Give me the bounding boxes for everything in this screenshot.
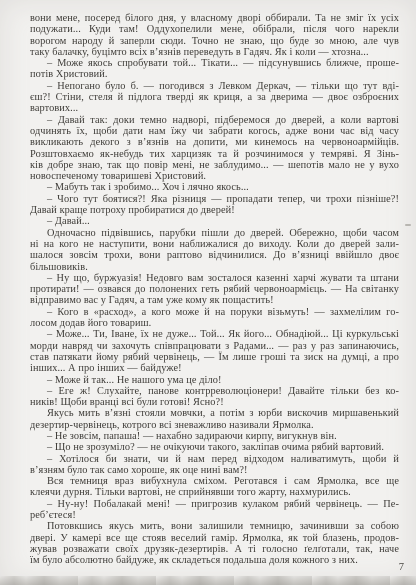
- text-line: їм було абсолютно байдуже, як складеться…: [30, 555, 399, 566]
- paragraph: – Еге ж! Слухайте, панове контрреволюціо…: [30, 386, 399, 409]
- text-line: клеячи дурня. Тільки вартові, не сприйня…: [30, 487, 399, 498]
- paragraph: – Ну що, буржуазія! Недовго вам зосталос…: [30, 273, 399, 307]
- text-line: ні на кого не наступити, вони наближалис…: [30, 239, 399, 250]
- text-line: інших... А про інших — байдуже!: [30, 363, 399, 374]
- text-line: єш?! Стіни, стеля й підлога тверді як кр…: [30, 92, 399, 103]
- text-line: реб’єтеся!: [30, 510, 399, 521]
- paragraph: вони мене, посеред білого дня, у власном…: [30, 13, 399, 58]
- paragraph: – Хотілося би знати, чи й нам перед відх…: [30, 454, 399, 477]
- book-page: вони мене, посеред білого дня, у власном…: [0, 0, 416, 585]
- paragraph: – Що не зрозуміло? — не очікуючи такого,…: [30, 442, 399, 453]
- text-line: подужати... Куди там! Оддухопелили мене,…: [30, 24, 399, 35]
- text-line: – Чого тут боятися?! Яка різниця — пропа…: [30, 194, 399, 205]
- text-line: одчинять їх, щоби дати нам їжу чи забрат…: [30, 126, 399, 137]
- text-line: жував розважати своїх друзяк-дезертирів.…: [30, 544, 399, 555]
- text-line: відправимо вас у Гадяч, а там уже кому я…: [30, 295, 399, 306]
- text-line: новоспеченому товаришеві Христовий.: [30, 171, 399, 182]
- text-line: – Ну-ну! Побалакай мені! — пригрозив кул…: [30, 499, 399, 510]
- paragraph: – Непогано було б. — погодився з Левком …: [30, 81, 399, 115]
- text-line: – Давай...: [30, 216, 399, 227]
- text-line: Якусь мить в’язні стояли мовчки, а потім…: [30, 408, 399, 419]
- text-line: протирати! — озвався до полонених геть р…: [30, 284, 399, 295]
- text-line: в’язням було так само хороше, як оце нин…: [30, 465, 399, 476]
- paragraph: – Ну-ну! Побалакай мені! — пригрозив кул…: [30, 499, 399, 522]
- text-line: викликають декого з в’язнів на допити, м…: [30, 137, 399, 148]
- text-line: потів Христовий.: [30, 69, 399, 80]
- text-line: вони мене, посеред білого дня, у власном…: [30, 13, 399, 24]
- text-line: морди навряд чи захочуть співпрацювати з…: [30, 341, 399, 352]
- text-line: дезертир-червінець, котрого всі зневажли…: [30, 420, 399, 431]
- text-line: – Може... Ти, Іване, їх не дуже... Той..…: [30, 329, 399, 340]
- text-line: – Мабуть так і зробимо... Хоч і лячно як…: [30, 182, 399, 193]
- text-line: – Не зовсім, папаша! — нахабно задираючи…: [30, 431, 399, 442]
- paragraph: – Кого в «расход», а кого може й на пору…: [30, 307, 399, 330]
- paragraph: Одночасно підвівшись, парубки пішли до д…: [30, 228, 399, 273]
- text-line: – Хотілося би знати, чи й нам перед відх…: [30, 454, 399, 465]
- text-line: – Може й так... Не нашого ума це діло!: [30, 375, 399, 386]
- text-line: більшовиків.: [30, 262, 399, 273]
- text-line: ворогом народу й заперли сюди. Точно не …: [30, 36, 399, 47]
- text-line: шалося зовсім трохи, вони раптово відчин…: [30, 250, 399, 261]
- paragraph: – Чого тут боятися?! Яка різниця — пропа…: [30, 194, 399, 217]
- text-line: – Кого в «расход», а кого може й на пору…: [30, 307, 399, 318]
- paragraph: – Давай так: доки темно надворі, підбере…: [30, 115, 399, 183]
- paragraph: Вся темниця враз вибухнула сміхом. Регот…: [30, 476, 399, 499]
- text-line: Потовкшись якусь мить, вони залишили тем…: [30, 521, 399, 532]
- text-line: Давай краще потроху пробиратися до двере…: [30, 205, 399, 216]
- text-line: Розштовхаємо як-небудь тих харцизяк та й…: [30, 149, 399, 160]
- text-line: – Що не зрозуміло? — не очікуючи такого,…: [30, 442, 399, 453]
- text-line: – Може якось спробувати той... Тікати...…: [30, 58, 399, 69]
- paragraph: – Може й так... Не нашого ума це діло!: [30, 375, 399, 386]
- text-line: Вся темниця враз вибухнула сміхом. Регот…: [30, 476, 399, 487]
- paragraph: – Мабуть так і зробимо... Хоч і лячно як…: [30, 182, 399, 193]
- paragraph: Якусь мить в’язні стояли мовчки, а потім…: [30, 408, 399, 431]
- paragraph: – Може... Ти, Іване, їх не дуже... Той..…: [30, 329, 399, 374]
- text-line: – Еге ж! Слухайте, панове контрреволюціо…: [30, 386, 399, 397]
- text-line: лосом додав його товариш.: [30, 318, 399, 329]
- paragraph: – Може якось спробувати той... Тікати...…: [30, 58, 399, 81]
- text-line: – Давай так: доки темно надворі, підбере…: [30, 115, 399, 126]
- text-block: вони мене, посеред білого дня, у власном…: [30, 13, 399, 567]
- paragraph: Потовкшись якусь мить, вони залишили тем…: [30, 521, 399, 566]
- text-line: ників! Щоби вранці всі були готові! Ясно…: [30, 397, 399, 408]
- text-line: – Ну що, буржуазія! Недовго вам зосталос…: [30, 273, 399, 284]
- paragraph: – Не зовсім, папаша! — нахабно задираючи…: [30, 431, 399, 442]
- text-line: ків добре знаю, так що повір мені, не за…: [30, 160, 399, 171]
- text-line: став патякати йому рябий червінець, — Їм…: [30, 352, 399, 363]
- text-line: – Непогано було б. — погодився з Левком …: [30, 81, 399, 92]
- text-line: таку балачку, буцімто всіх в’язнів перев…: [30, 47, 399, 58]
- scan-artifact: [405, 224, 411, 226]
- page-number: 7: [399, 562, 404, 573]
- text-line: двері. У камері все ще стояв веселий гам…: [30, 533, 399, 544]
- text-line: Одночасно підвівшись, парубки пішли до д…: [30, 228, 399, 239]
- paragraph: – Давай...: [30, 216, 399, 227]
- text-line: вартових...: [30, 103, 399, 114]
- scan-edge-shadow: [0, 576, 416, 585]
